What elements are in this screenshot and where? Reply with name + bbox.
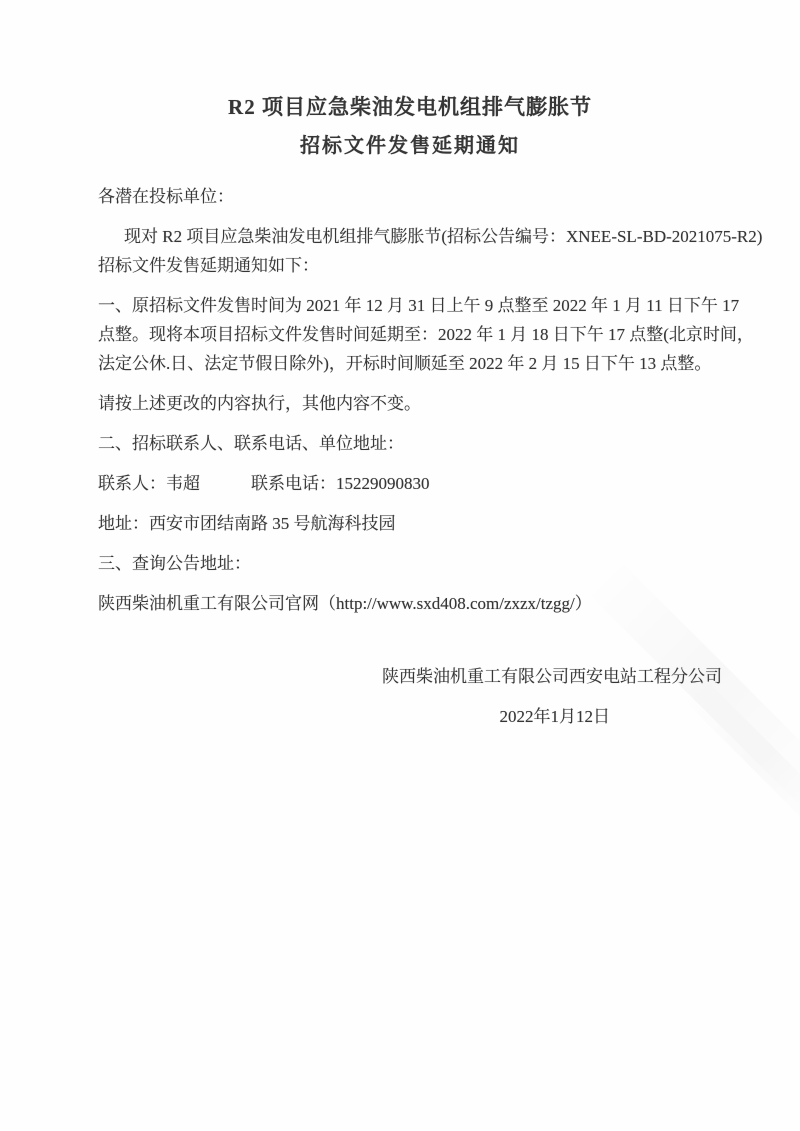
text-line: 招标文件发售延期通知如下： [98, 251, 722, 280]
document-body: R2 项目应急柴油发电机组排气膨胀节 招标文件发售延期通知 各潜在投标单位：现对… [0, 0, 800, 731]
text-line: 地址：西安市团结南路 35 号航海科技园 [98, 509, 722, 538]
paragraph-item-2-contact-heading: 二、招标联系人、联系电话、单位地址： [98, 429, 722, 458]
text-line: 请按上述更改的内容执行，其他内容不变。 [98, 389, 722, 418]
paragraphs-container: 各潜在投标单位：现对 R2 项目应急柴油发电机组排气膨胀节(招标公告编号：XNE… [98, 182, 722, 618]
text-line: 三、查询公告地址： [98, 549, 722, 578]
paragraph-notice: 请按上述更改的内容执行，其他内容不变。 [98, 389, 722, 418]
paragraph-contact-line: 联系人：韦超 联系电话：15229090830 [98, 469, 722, 498]
paragraph-website-line: 陕西柴油机重工有限公司官网（http://www.sxd408.com/zxzx… [98, 589, 722, 618]
paragraph-salutation: 各潜在投标单位： [98, 182, 722, 211]
text-line: 一、原招标文件发售时间为 2021 年 12 月 31 日上午 9 点整至 20… [98, 291, 722, 320]
paragraph-item-1-schedule: 一、原招标文件发售时间为 2021 年 12 月 31 日上午 9 点整至 20… [98, 291, 722, 378]
paragraph-address-line: 地址：西安市团结南路 35 号航海科技园 [98, 509, 722, 538]
text-line: 陕西柴油机重工有限公司官网（http://www.sxd408.com/zxzx… [98, 589, 722, 618]
text-line: 法定公休.日、法定节假日除外)，开标时间顺延至 2022 年 2 月 15 日下… [98, 349, 722, 378]
text-line: 点整。现将本项目招标文件发售时间延期至：2022 年 1 月 18 日下午 17… [98, 320, 722, 349]
paragraph-intro: 现对 R2 项目应急柴油发电机组排气膨胀节(招标公告编号：XNEE-SL-BD-… [98, 222, 722, 280]
text-line: 联系人：韦超 联系电话：15229090830 [98, 469, 722, 498]
signature-date: 2022年1月12日 [98, 702, 722, 731]
scanned-notice-page: R2 项目应急柴油发电机组排气膨胀节 招标文件发售延期通知 各潜在投标单位：现对… [0, 0, 800, 1131]
paragraph-item-3-query-heading: 三、查询公告地址： [98, 549, 722, 578]
text-line: 各潜在投标单位： [98, 182, 722, 211]
text-line: 二、招标联系人、联系电话、单位地址： [98, 429, 722, 458]
document-title-line-1: R2 项目应急柴油发电机组排气膨胀节 [98, 93, 722, 121]
text-line: 现对 R2 项目应急柴油发电机组排气膨胀节(招标公告编号：XNEE-SL-BD-… [98, 222, 722, 251]
document-title-line-2: 招标文件发售延期通知 [98, 132, 722, 160]
signature-company: 陕西柴油机重工有限公司西安电站工程分公司 [98, 662, 722, 691]
